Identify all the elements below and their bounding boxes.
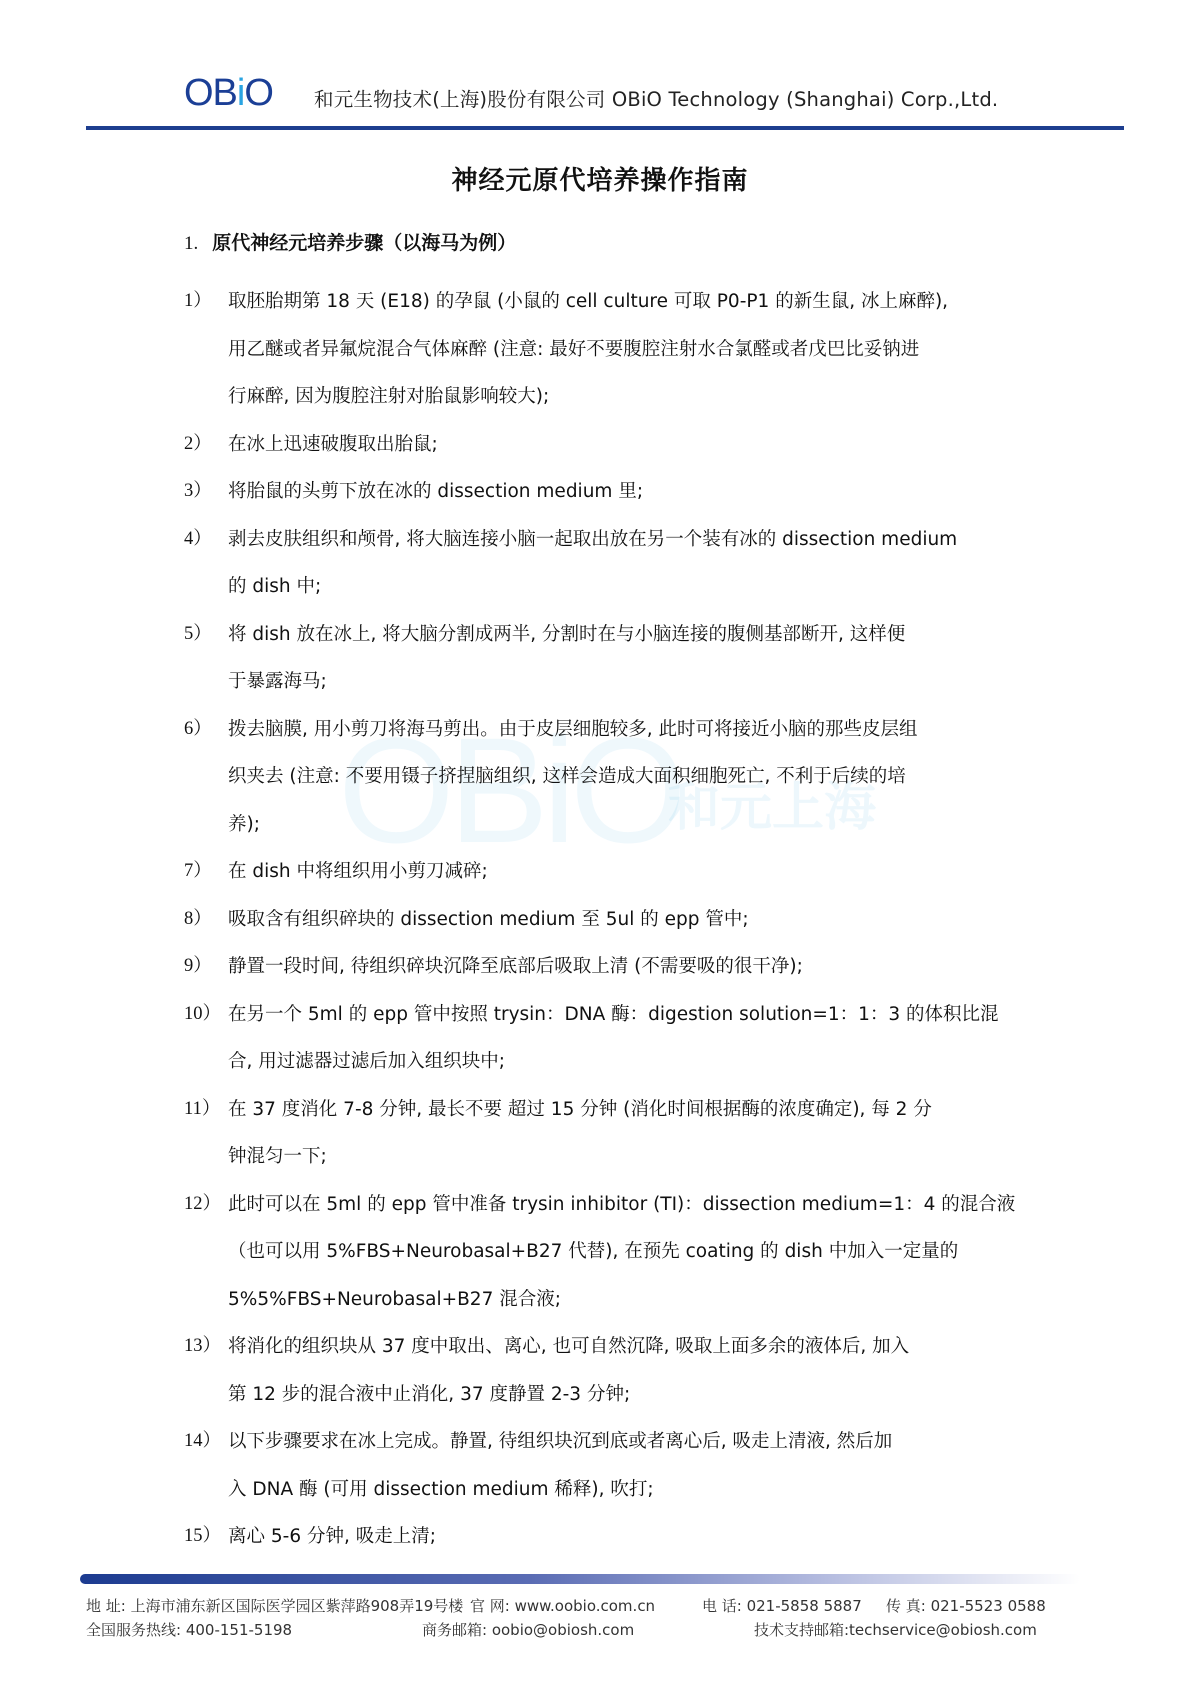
step-text-line: 5%5%FBS+Neurobasal+B27 混合液; [228,1276,1030,1324]
step-number: 7） [184,848,212,896]
step-text-line: 静置一段时间, 待组织碎块沉降至底部后吸取上清 (不需要吸的很干净); [228,943,1030,991]
footer-phone: 电 话: 021-5858 5887 [702,1595,862,1616]
step-text-line: 此时可以在 5ml 的 epp 管中准备 trysin inhibitor (T… [228,1181,1030,1229]
step-text-line: 在 37 度消化 7-8 分钟, 最长不要 超过 15 分钟 (消化时间根据酶的… [228,1086,1030,1134]
footer-website[interactable]: 官 网: www.oobio.com.cn [470,1595,655,1616]
step-text-line: 于暴露海马; [228,658,1030,706]
logo-text-prefix: OB [184,72,237,114]
step-text-line: 将 dish 放在冰上, 将大脑分割成两半, 分割时在与小脑连接的腹侧基部断开,… [228,611,1030,659]
step-text-line: 的 dish 中; [228,563,1030,611]
step-item: 6）拨去脑膜, 用小剪刀将海马剪出。由于皮层细胞较多, 此时可将接近小脑的那些皮… [184,706,1030,849]
step-text-line: 以下步骤要求在冰上完成。静置, 待组织块沉到底或者离心后, 吸走上清液, 然后加 [228,1418,1030,1466]
step-text-line: 钟混匀一下; [228,1133,1030,1181]
step-text-line: 入 DNA 酶 (可用 dissection medium 稀释), 吹打; [228,1466,1030,1514]
step-item: 3）将胎鼠的头剪下放在冰的 dissection medium 里; [184,468,1030,516]
step-text-line: 用乙醚或者异氟烷混合气体麻醉 (注意: 最好不要腹腔注射水合氯醛或者戊巴比妥钠进 [228,326,1030,374]
step-number: 13） [184,1323,221,1371]
section-title: 原代神经元培养步骤（以海马为例） [212,232,516,254]
section-number: 1. [184,233,198,254]
page-header: OBiO 和元生物技术(上海)股份有限公司 OBiO Technology (S… [86,68,1124,130]
logo-text-suffix: O [244,72,273,114]
step-item: 13）将消化的组织块从 37 度中取出、离心, 也可自然沉降, 吸取上面多余的液… [184,1323,1030,1418]
step-text-line: 织夹去 (注意: 不要用镊子挤捏脑组织, 这样会造成大面积细胞死亡, 不利于后续… [228,753,1030,801]
step-number: 1） [184,278,212,326]
step-item: 10）在另一个 5ml 的 epp 管中按照 trysin：DNA 酶：dige… [184,991,1030,1086]
step-number: 10） [184,991,221,1039]
step-item: 11）在 37 度消化 7-8 分钟, 最长不要 超过 15 分钟 (消化时间根… [184,1086,1030,1181]
step-number: 14） [184,1418,221,1466]
step-text-line: 拨去脑膜, 用小剪刀将海马剪出。由于皮层细胞较多, 此时可将接近小脑的那些皮层组 [228,706,1030,754]
footer-business-email[interactable]: 商务邮箱: oobio@obiosh.com [422,1619,634,1640]
step-text-line: 剥去皮肤组织和颅骨, 将大脑连接小脑一起取出放在另一个装有冰的 dissecti… [228,516,1030,564]
step-item: 4）剥去皮肤组织和颅骨, 将大脑连接小脑一起取出放在另一个装有冰的 dissec… [184,516,1030,611]
footer-divider [80,1574,1080,1584]
step-list: 1）取胚胎期第 18 天 (E18) 的孕鼠 (小鼠的 cell culture… [184,278,1030,1561]
step-text-line: 第 12 步的混合液中止消化, 37 度静置 2-3 分钟; [228,1371,1030,1419]
step-item: 1）取胚胎期第 18 天 (E18) 的孕鼠 (小鼠的 cell culture… [184,278,1030,421]
step-item: 12）此时可以在 5ml 的 epp 管中准备 trysin inhibitor… [184,1181,1030,1324]
document-title: 神经元原代培养操作指南 [0,160,1200,197]
footer-hotline: 全国服务热线: 400-151-5198 [86,1619,292,1640]
company-name: 和元生物技术(上海)股份有限公司 OBiO Technology (Shangh… [314,84,998,112]
step-text-line: （也可以用 5%FBS+Neurobasal+B27 代替), 在预先 coat… [228,1228,1030,1276]
section-heading: 1.原代神经元培养步骤（以海马为例） [184,228,516,255]
step-text-line: 吸取含有组织碎块的 dissection medium 至 5ul 的 epp … [228,896,1030,944]
step-number: 3） [184,468,212,516]
step-number: 8） [184,896,212,944]
footer-address: 地 址: 上海市浦东新区国际医学园区紫萍路908弄19号楼 [86,1595,463,1616]
header-divider [86,126,1124,130]
step-number: 12） [184,1181,221,1229]
step-number: 5） [184,611,212,659]
step-item: 7）在 dish 中将组织用小剪刀减碎; [184,848,1030,896]
step-number: 15） [184,1513,221,1561]
step-item: 15）离心 5-6 分钟, 吸走上清; [184,1513,1030,1561]
step-item: 2）在冰上迅速破腹取出胎鼠; [184,421,1030,469]
step-number: 6） [184,706,212,754]
step-item: 9）静置一段时间, 待组织碎块沉降至底部后吸取上清 (不需要吸的很干净); [184,943,1030,991]
footer-fax: 传 真: 021-5523 0588 [886,1595,1046,1616]
step-item: 14） 以下步骤要求在冰上完成。静置, 待组织块沉到底或者离心后, 吸走上清液,… [184,1418,1030,1513]
step-text-line: 将胎鼠的头剪下放在冰的 dissection medium 里; [228,468,1030,516]
step-text-line: 在另一个 5ml 的 epp 管中按照 trysin：DNA 酶：digesti… [228,991,1030,1039]
step-text-line: 行麻醉, 因为腹腔注射对胎鼠影响较大); [228,373,1030,421]
step-item: 8）吸取含有组织碎块的 dissection medium 至 5ul 的 ep… [184,896,1030,944]
step-text-line: 合, 用过滤器过滤后加入组织块中; [228,1038,1030,1086]
step-text-line: 取胚胎期第 18 天 (E18) 的孕鼠 (小鼠的 cell culture 可… [228,278,1030,326]
step-text-line: 将消化的组织块从 37 度中取出、离心, 也可自然沉降, 吸取上面多余的液体后,… [228,1323,1030,1371]
step-item: 5）将 dish 放在冰上, 将大脑分割成两半, 分割时在与小脑连接的腹侧基部断… [184,611,1030,706]
step-number: 11） [184,1086,220,1134]
step-number: 2） [184,421,212,469]
step-number: 4） [184,516,212,564]
step-text-line: 离心 5-6 分钟, 吸走上清; [228,1513,1030,1561]
footer-support-email[interactable]: 技术支持邮箱:techservice@obiosh.com [754,1619,1037,1640]
step-text-line: 养); [228,801,1030,849]
page-footer: 地 址: 上海市浦东新区国际医学园区紫萍路908弄19号楼 官 网: www.o… [86,1595,1126,1643]
step-number: 9） [184,943,212,991]
step-text-line: 在冰上迅速破腹取出胎鼠; [228,421,1030,469]
step-text-line: 在 dish 中将组织用小剪刀减碎; [228,848,1030,896]
obio-logo: OBiO [184,74,273,112]
